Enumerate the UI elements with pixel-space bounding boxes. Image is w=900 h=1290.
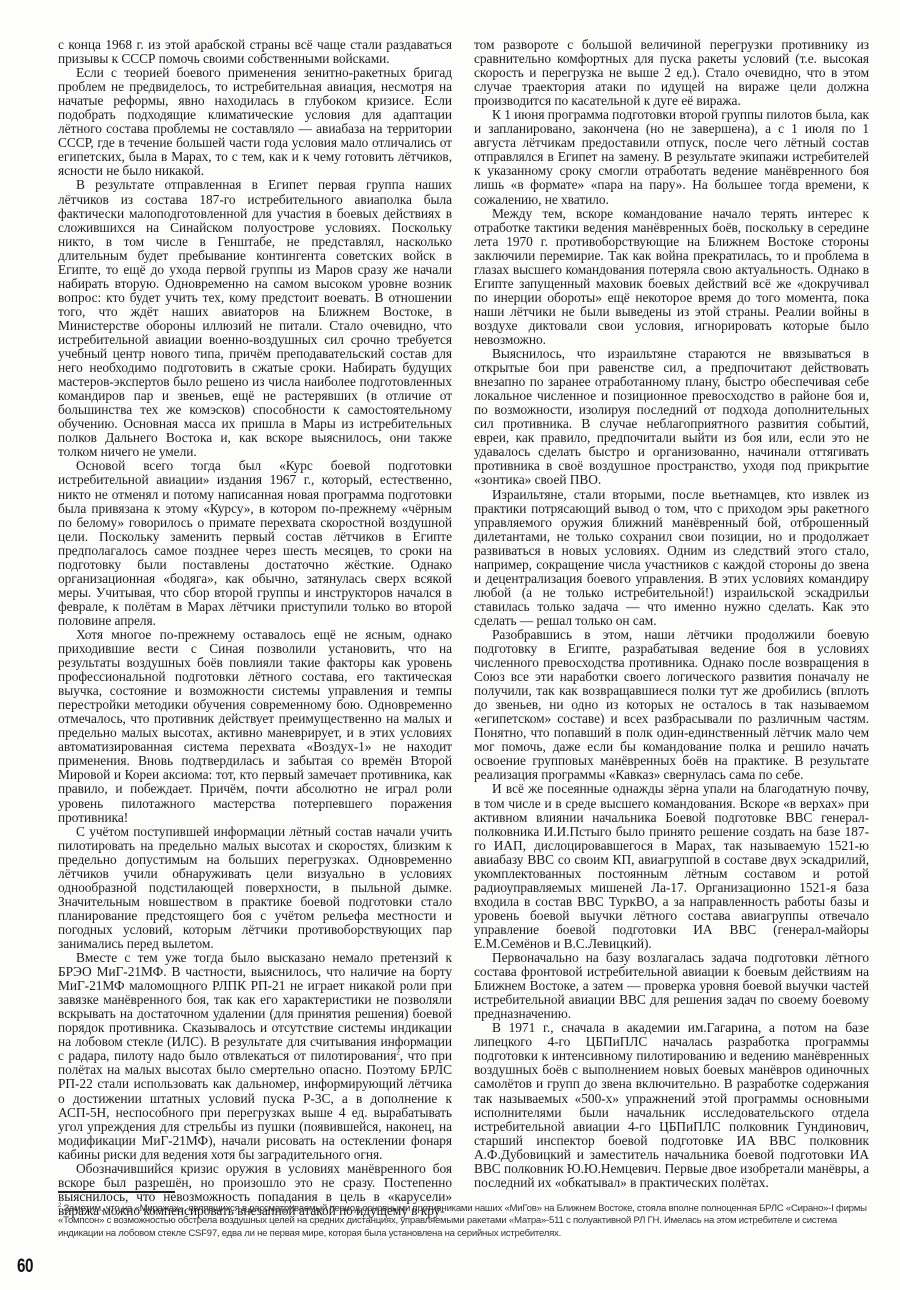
paragraph: Если с теорией боевого применения зенитн… <box>58 66 452 178</box>
paragraph: Израильтяне, стали вторыми, после вьетна… <box>474 488 869 628</box>
paragraph: К 1 июня программа подготовки второй гру… <box>474 108 869 206</box>
paragraph: с конца 1968 г. из этой арабской страны … <box>58 38 452 66</box>
paragraph: том развороте с большой величиной перегр… <box>474 38 869 108</box>
page-number: 60 <box>17 1256 33 1278</box>
paragraph: Выяснилось, что израильтяне стараются не… <box>474 347 869 487</box>
paragraph-text: , что при полётах на малых высотах было … <box>58 1048 452 1161</box>
paragraph-with-footnote-ref: Вместе с тем уже тогда было высказано не… <box>58 951 452 1162</box>
paragraph: Основой всего тогда был «Курс боевой под… <box>58 459 452 628</box>
paragraph: В результате отправленная в Египет перва… <box>58 178 452 459</box>
footnote-mark: 2 <box>58 1203 61 1209</box>
paragraph-text: Вместе с тем уже тогда было высказано не… <box>58 950 452 1063</box>
paragraph: Разобравшись в этом, наши лётчики продол… <box>474 628 869 783</box>
paragraph: Между тем, вскоре командование начало те… <box>474 207 869 347</box>
left-text-column: с конца 1968 г. из этой арабской страны … <box>58 38 452 1218</box>
paragraph: И всё же посеянные однажды зёрна упали н… <box>474 782 869 951</box>
footnote: 2 Заметим, что на «Миражах», являвшихся … <box>58 1203 870 1240</box>
paragraph: Хотя многое по-прежнему оставалось ещё н… <box>58 628 452 825</box>
right-text-column: том развороте с большой величиной перегр… <box>474 38 869 1190</box>
footnote-text: Заметим, что на «Миражах», являвшихся в … <box>58 1203 867 1239</box>
paragraph: С учётом поступившей информации лётный с… <box>58 825 452 951</box>
magazine-page: с конца 1968 г. из этой арабской страны … <box>0 0 900 1290</box>
footnote-divider <box>58 1191 175 1193</box>
paragraph: В 1971 г., сначала в академии им.Гагарин… <box>474 1021 869 1190</box>
paragraph: Первоначально на базу возлагалась задача… <box>474 951 869 1021</box>
